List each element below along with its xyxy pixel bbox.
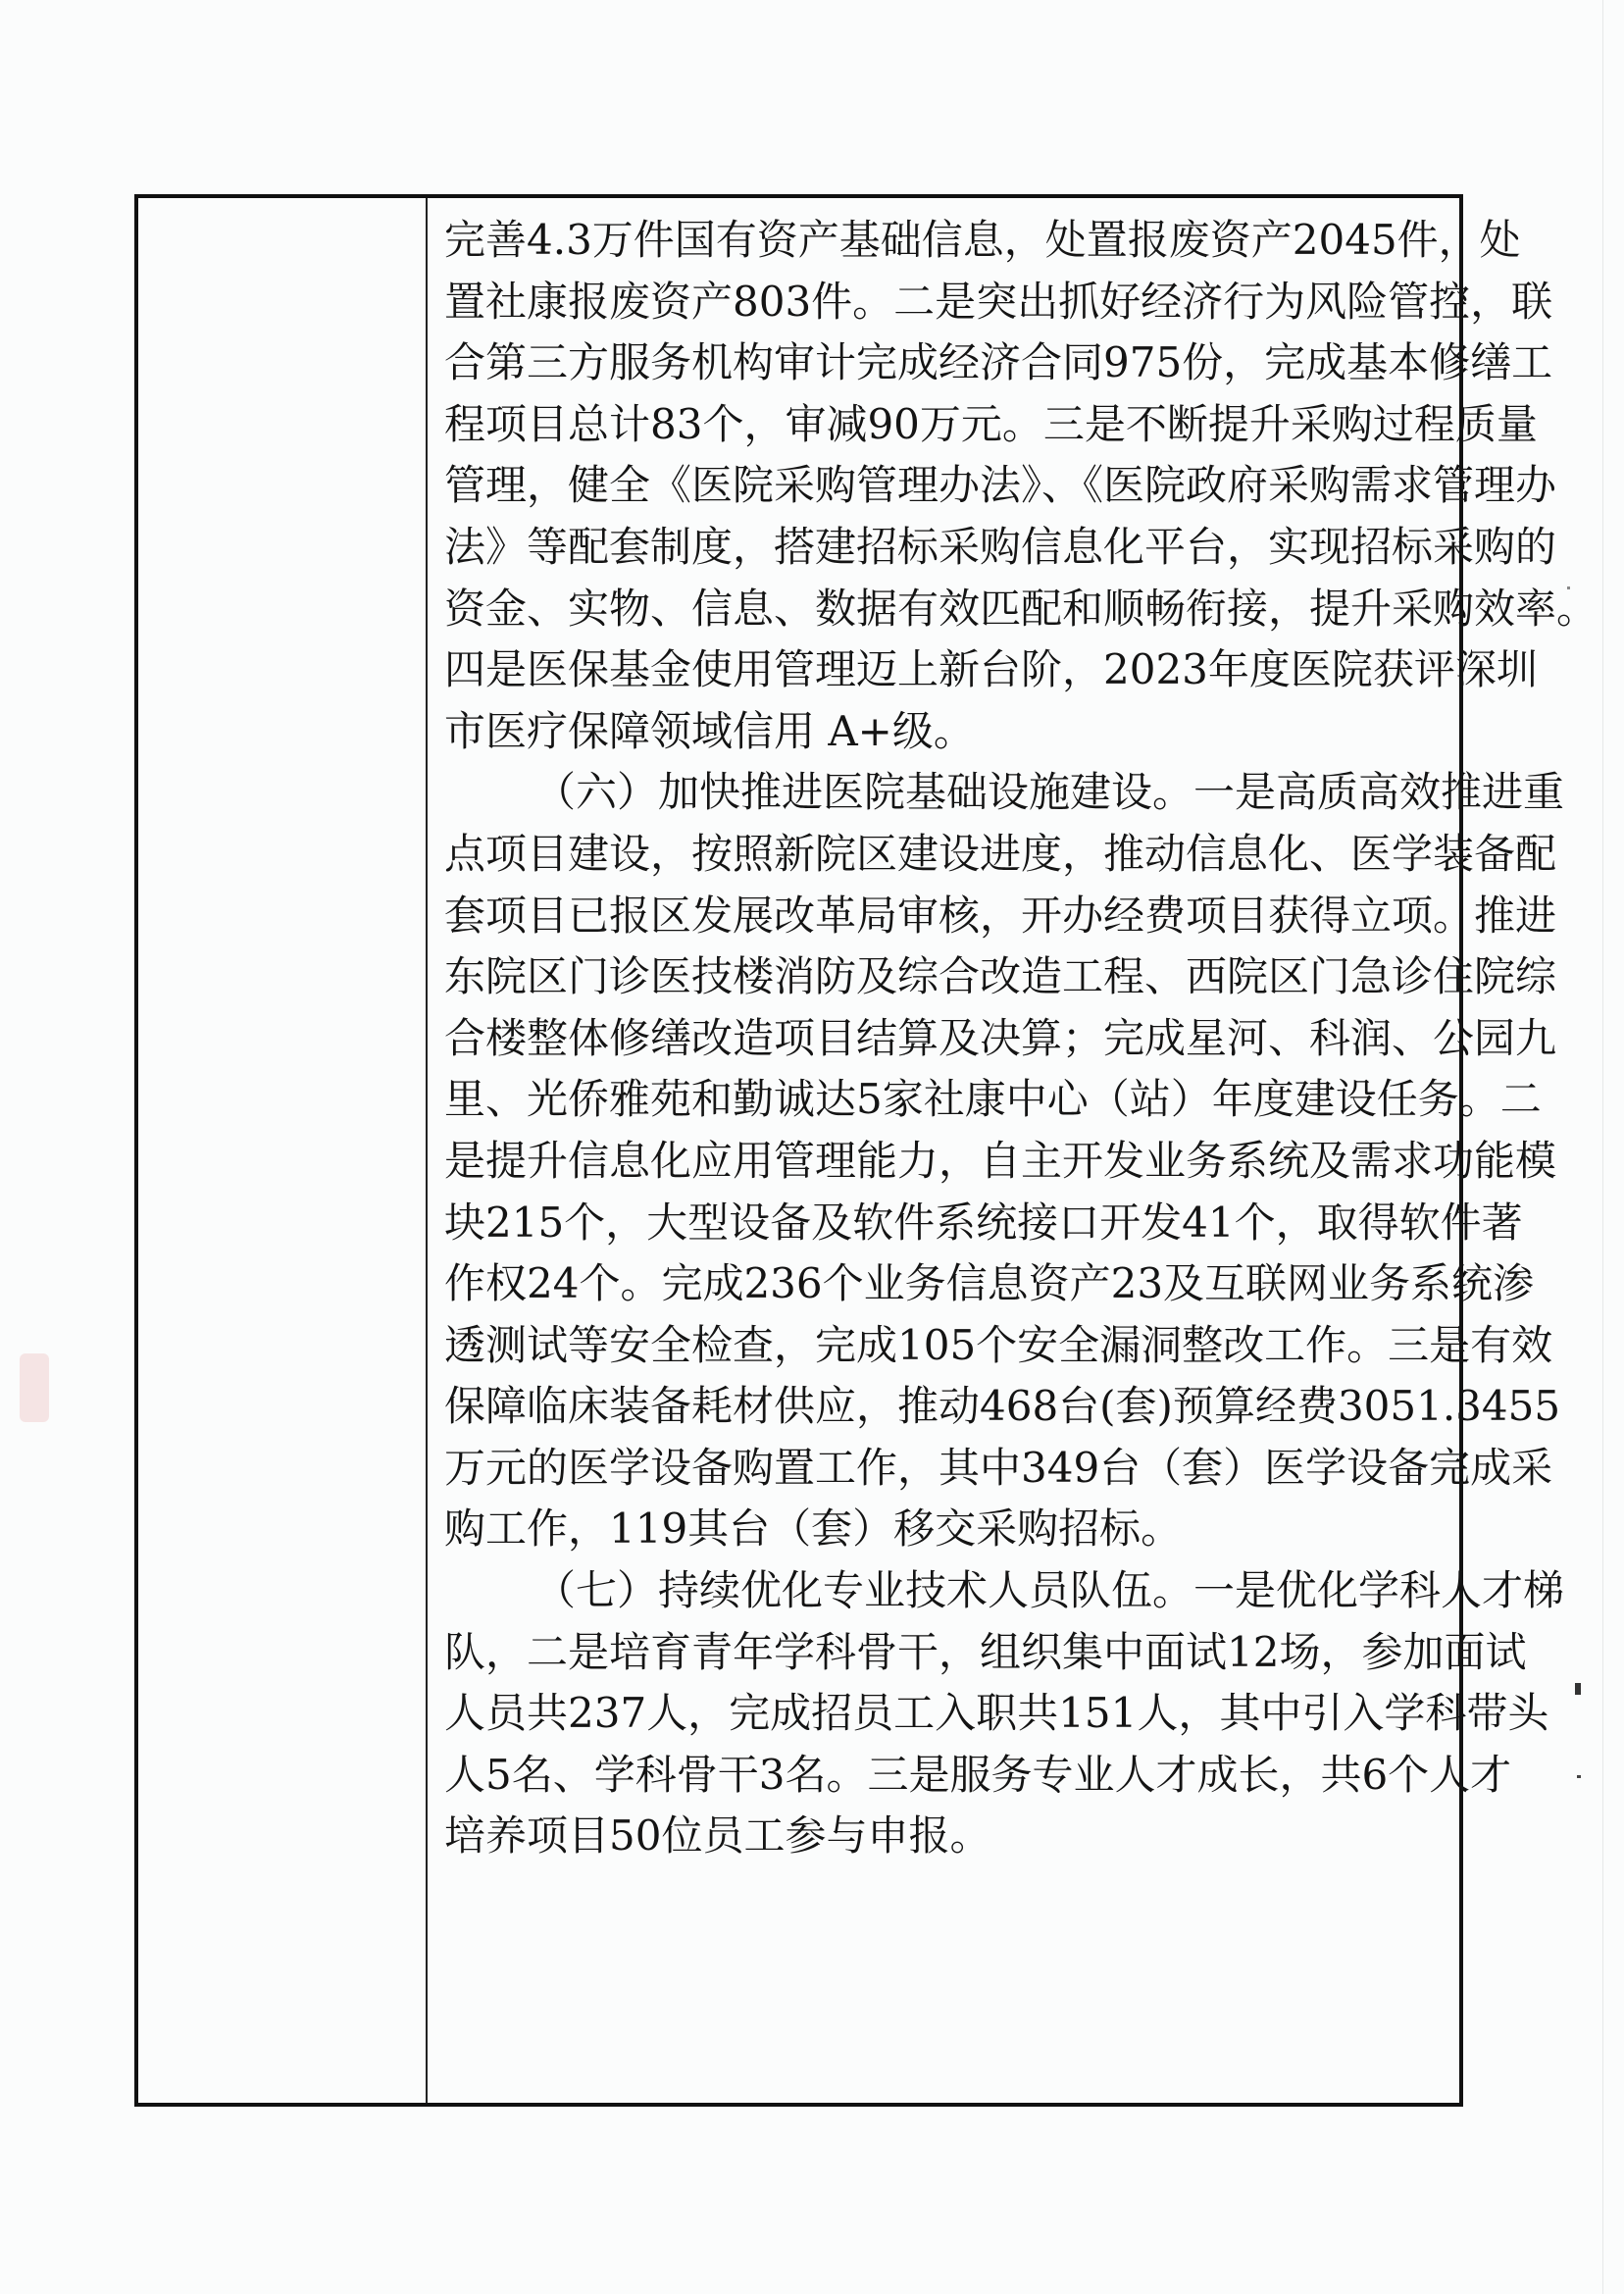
text-line: 完善4.3万件国有资产基础信息，处置报废资产2045件，处: [444, 210, 1445, 272]
text-line: 队，二是培育青年学科骨干，组织集中面试12场，参加面试: [444, 1622, 1445, 1684]
text-line: 透测试等安全检查，完成105个安全漏洞整改工作。三是有效: [444, 1315, 1445, 1377]
text-line: 法》等配套制度，搭建招标采购信息化平台，实现招标采购的: [444, 517, 1445, 579]
text-line: 置社康报废资产803件。二是突出抓好经济行为风险管控，联: [444, 272, 1445, 333]
text-line: 管理，健全《医院采购管理办法》、《医院政府采购需求管理办: [444, 455, 1445, 517]
text-line: 资金、实物、信息、数据有效匹配和顺畅衔接，提升采购效率。: [444, 579, 1445, 640]
label-cell: [138, 198, 426, 2103]
text-line: 块215个，大型设备及软件系统接口开发41个，取得软件著: [444, 1193, 1445, 1254]
text-line: 购工作，119其台（套）移交采购招标。: [444, 1499, 1445, 1560]
text-line: 东院区门诊医技楼消防及综合改造工程、西院区门急诊住院综: [444, 946, 1445, 1008]
text-line: 作权24个。完成236个业务信息资产23及互联网业务系统渗: [444, 1253, 1445, 1315]
text-line: 程项目总计83个，审减90万元。三是不断提升采购过程质量: [444, 394, 1445, 456]
text-line: 人员共237人，完成招员工入职共151人，其中引入学科带头: [444, 1683, 1445, 1745]
report-table: 完善4.3万件国有资产基础信息，处置报废资产2045件，处置社康报废资产803件…: [134, 194, 1463, 2107]
text-line: 培养项目50位员工参与申报。: [444, 1806, 1445, 1867]
scan-artifact: [1577, 1775, 1581, 1778]
column-divider: [426, 198, 428, 2103]
text-line: （六）加快推进医院基础设施建设。一是高质高效推进重: [444, 762, 1445, 824]
text-line: 是提升信息化应用管理能力，自主开发业务系统及需求功能模: [444, 1131, 1445, 1193]
content-cell: 完善4.3万件国有资产基础信息，处置报废资产2045件，处置社康报废资产803件…: [444, 210, 1445, 1867]
text-line: （七）持续优化专业技术人员队伍。一是优化学科人才梯: [444, 1560, 1445, 1622]
text-line: 点项目建设，按照新院区建设进度，推动信息化、医学装备配: [444, 824, 1445, 886]
text-line: 万元的医学设备购置工作，其中349台（套）医学设备完成采: [444, 1438, 1445, 1500]
text-line: 保障临床装备耗材供应，推动468台(套)预算经费3051.3455: [444, 1376, 1445, 1438]
text-line: 套项目已报区发展改革局审核，开办经费项目获得立项。推进: [444, 886, 1445, 947]
text-line: 合楼整体修缮改造项目结算及决算；完成星河、科润、公园九: [444, 1008, 1445, 1070]
text-line: 里、光侨雅苑和勤诚达5家社康中心（站）年度建设任务。二: [444, 1069, 1445, 1131]
text-line: 合第三方服务机构审计完成经济合同975份，完成基本修缮工: [444, 332, 1445, 394]
text-line: 四是医保基金使用管理迈上新台阶，2023年度医院获评深圳: [444, 639, 1445, 701]
text-line: 人5名、学科骨干3名。三是服务专业人才成长，共6个人才: [444, 1745, 1445, 1807]
page-edge: [1602, 0, 1603, 2294]
text-line: 市医疗保障领域信用 A+级。: [444, 701, 1445, 763]
scan-artifact: [1575, 1683, 1581, 1695]
stamp-remnant: [20, 1353, 49, 1422]
